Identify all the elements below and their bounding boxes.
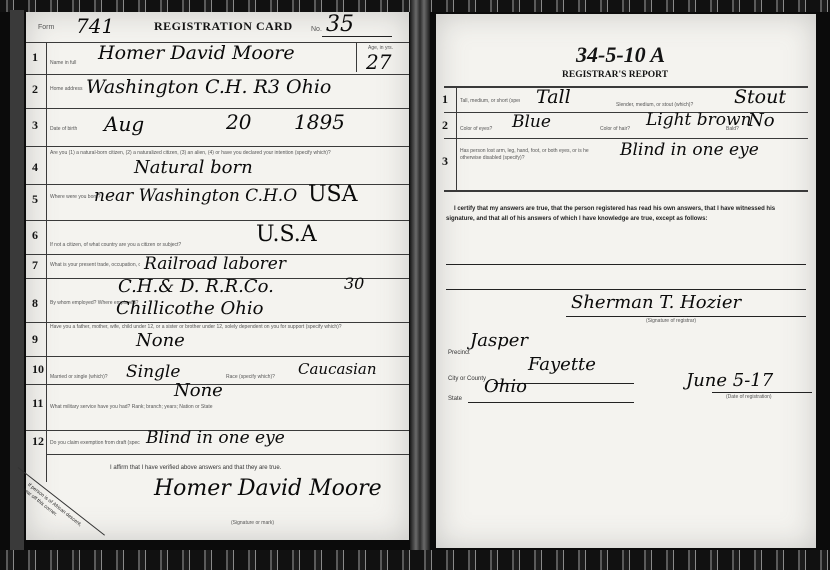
q5-country: USA (308, 182, 358, 207)
q11-military-service: None (174, 380, 223, 401)
r2-hair-label: Color of hair? (600, 126, 630, 132)
q5-birthplace: near Washington C.H.O (94, 186, 297, 206)
q1-name: Homer David Moore (98, 42, 295, 64)
q6-citizen-of: U.S.A (256, 222, 317, 247)
q7-label: What is your present trade, occupation, … (50, 262, 140, 268)
q8-employer: C.H.& D. R.R.Co. (118, 276, 274, 297)
r1-number: 1 (442, 92, 448, 107)
q3-number: 3 (32, 118, 38, 133)
q1-label: Name in full (50, 60, 76, 66)
r1-build-label: Slender, medium, or stout (which)? (616, 102, 693, 108)
q2-label: Home address (50, 86, 83, 92)
q5-label: Where were you born? (50, 194, 101, 200)
registrar-signature: Sherman T. Hozier (571, 292, 741, 313)
q3-label: Date of birth (50, 126, 77, 132)
registrars-report: 34-5-10 A REGISTRAR'S REPORT 1 Tall, med… (436, 14, 816, 548)
q5-number: 5 (32, 192, 38, 207)
q4-label: Are you (1) a natural-born citizen, (2) … (50, 150, 390, 156)
q11-label: What military service have you had? Rank… (50, 404, 310, 410)
serial-number: 34-5-10 A (576, 42, 665, 68)
q6-label: If not a citizen, of what country are yo… (50, 242, 260, 248)
report-title: REGISTRAR'S REPORT (562, 70, 668, 80)
card-title: REGISTRATION CARD (154, 19, 293, 34)
q2-address: Washington C.H. R3 Ohio (86, 76, 331, 98)
q4-number: 4 (32, 160, 38, 175)
q1-age: 27 (366, 50, 391, 74)
state: Ohio (484, 376, 527, 397)
card-number: 35 (326, 12, 354, 37)
r1-height: Tall (536, 86, 571, 108)
q10-label: Married or single (which)? (50, 374, 108, 380)
q3-day: 20 (226, 110, 251, 134)
film-border-bottom (0, 550, 830, 570)
film-gutter (410, 0, 430, 570)
q9-number: 9 (32, 332, 38, 347)
r3-label: Has person lost arm, leg, hand, foot, or… (460, 148, 610, 162)
q8-number: 8 (32, 296, 38, 311)
precinct: Jasper (470, 330, 528, 351)
form-number: 741 (76, 14, 114, 38)
signature-caption: (Signature or mark) (231, 520, 274, 526)
q1-number: 1 (32, 50, 38, 65)
r2-bald-label: Bald? (726, 126, 739, 132)
q3-year: 1895 (294, 110, 345, 134)
city-county: Fayette (528, 354, 596, 375)
certification-text: I certify that my answers are true, that… (446, 204, 801, 224)
affirmation-text: I affirm that I have verified above answ… (110, 465, 281, 471)
q12-exemption: Blind in one eye (146, 428, 285, 448)
r3-number: 3 (442, 154, 448, 169)
r2-bald: No (748, 110, 775, 131)
q2-number: 2 (32, 82, 38, 97)
tear-off-corner-note: If person is of African descent, tear of… (21, 482, 85, 536)
registrar-signature-caption: (Signature of registrar) (646, 318, 696, 324)
q11-number: 11 (32, 396, 43, 411)
r1-build: Stout (734, 86, 786, 108)
q8-employer-location: Chillicothe Ohio (116, 298, 263, 319)
r1-label: Tall, medium, or short (specify which)? (460, 98, 520, 104)
q8-extra: 30 (344, 274, 364, 293)
film-edge-left (10, 10, 24, 555)
q10-race: Caucasian (298, 360, 377, 378)
r3-disability: Blind in one eye (620, 140, 759, 160)
r2-eye-color: Blue (512, 112, 551, 132)
precinct-label: Precinct (448, 350, 470, 356)
q10-number: 10 (32, 362, 44, 377)
q9-dependents: None (136, 330, 185, 351)
form-number-label: Form (38, 24, 54, 31)
q6-number: 6 (32, 228, 38, 243)
state-label: State (448, 396, 462, 402)
q10-marital-status: Single (126, 362, 180, 382)
q7-number: 7 (32, 258, 38, 273)
registration-date-caption: (Date of registration) (726, 394, 772, 400)
registrant-signature: Homer David Moore (154, 476, 382, 501)
card-number-label: No. (311, 26, 322, 33)
r2-eyes-label: Color of eyes? (460, 126, 492, 132)
q7-occupation: Railroad laborer (144, 254, 286, 274)
q9-label: Have you a father, mother, wife, child u… (50, 324, 400, 330)
r2-number: 2 (442, 118, 448, 133)
tear-off-corner-line (18, 467, 105, 536)
registration-card: Form 741 REGISTRATION CARD No. 35 1 Name… (26, 12, 409, 540)
q12-label: Do you claim exemption from draft (speci… (50, 440, 140, 446)
q3-month: Aug (104, 112, 144, 136)
city-county-label: City or County (448, 376, 486, 382)
registration-date: June 5-17 (686, 370, 773, 391)
q10-race-label: Race (specify which)? (226, 374, 275, 380)
q12-number: 12 (32, 434, 44, 449)
q4-citizenship: Natural born (134, 157, 253, 178)
